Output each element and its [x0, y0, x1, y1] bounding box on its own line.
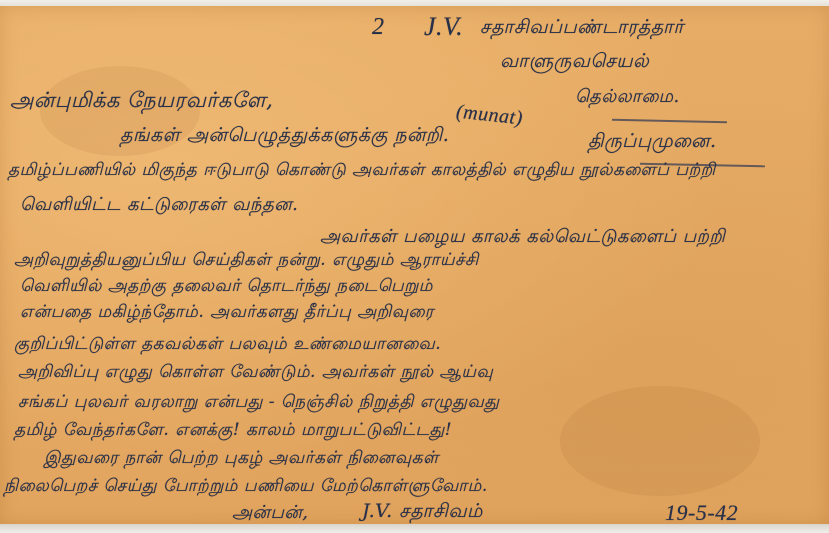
body-line: அவர்கள் பழைய காலக் கல்வெட்டுகளைப் பற்றி [320, 226, 725, 249]
paper-stain [560, 386, 760, 496]
body-line: அறிவிப்பு எழுது கொள்ள வேண்டும். அவர்கள் … [18, 362, 493, 384]
underlined-word: திருப்புமுனை. [588, 130, 717, 155]
letter-date: 19-5-42 [665, 500, 738, 526]
body-line: குறிப்பிட்டுள்ள தகவல்கள் பலவும் உண்மையான… [14, 334, 441, 356]
body-line: நிலைபெறச் செய்து போற்றும் பணியை மேற்கொள்… [4, 476, 488, 498]
page-number: 2 [372, 14, 385, 41]
sender-initials: J.V. [424, 12, 463, 42]
body-line: தங்கள் அன்பெழுத்துக்களுக்கு நன்றி. [120, 124, 449, 149]
valediction: அன்பன், [232, 502, 309, 525]
body-line: தமிழ் வேந்தர்களே. எனக்கு! காலம் மாறுபட்ட… [14, 420, 452, 442]
body-line: என்பதை மகிழ்ந்தோம். அவர்களது தீர்ப்பு அற… [20, 302, 434, 324]
body-line: தமிழ்ப்பணியில் மிகுந்த ஈடுபாடு கொண்டு அவ… [8, 160, 716, 182]
sender-name-line2: வாளுருவசெயல் [500, 50, 649, 75]
sender-name-line1: சதாசிவப்பண்டாரத்தார் [480, 16, 684, 41]
body-line: இதுவரை நான் பெற்ற புகழ் அவர்கள் நினைவுகள… [44, 448, 439, 470]
salutation: அன்புமிக்க நேயரவர்களே, [10, 88, 273, 115]
body-line: அறிவுறுத்தியனுப்பிய செய்திகள் நன்று. எழு… [14, 250, 479, 272]
sender-name-line3: தெல்லாமை. [575, 86, 680, 109]
body-line: வெளியிட்ட கட்டுரைகள் வந்தன. [20, 194, 298, 217]
body-line: வெளியில் அதற்கு தலைவர் தொடர்ந்து நடைபெறு… [20, 276, 433, 298]
body-line: சங்கப் புலவர் வரலாறு என்பது - நெஞ்சில் ந… [18, 392, 500, 414]
signature: J.V. சதாசிவம் [362, 500, 483, 525]
